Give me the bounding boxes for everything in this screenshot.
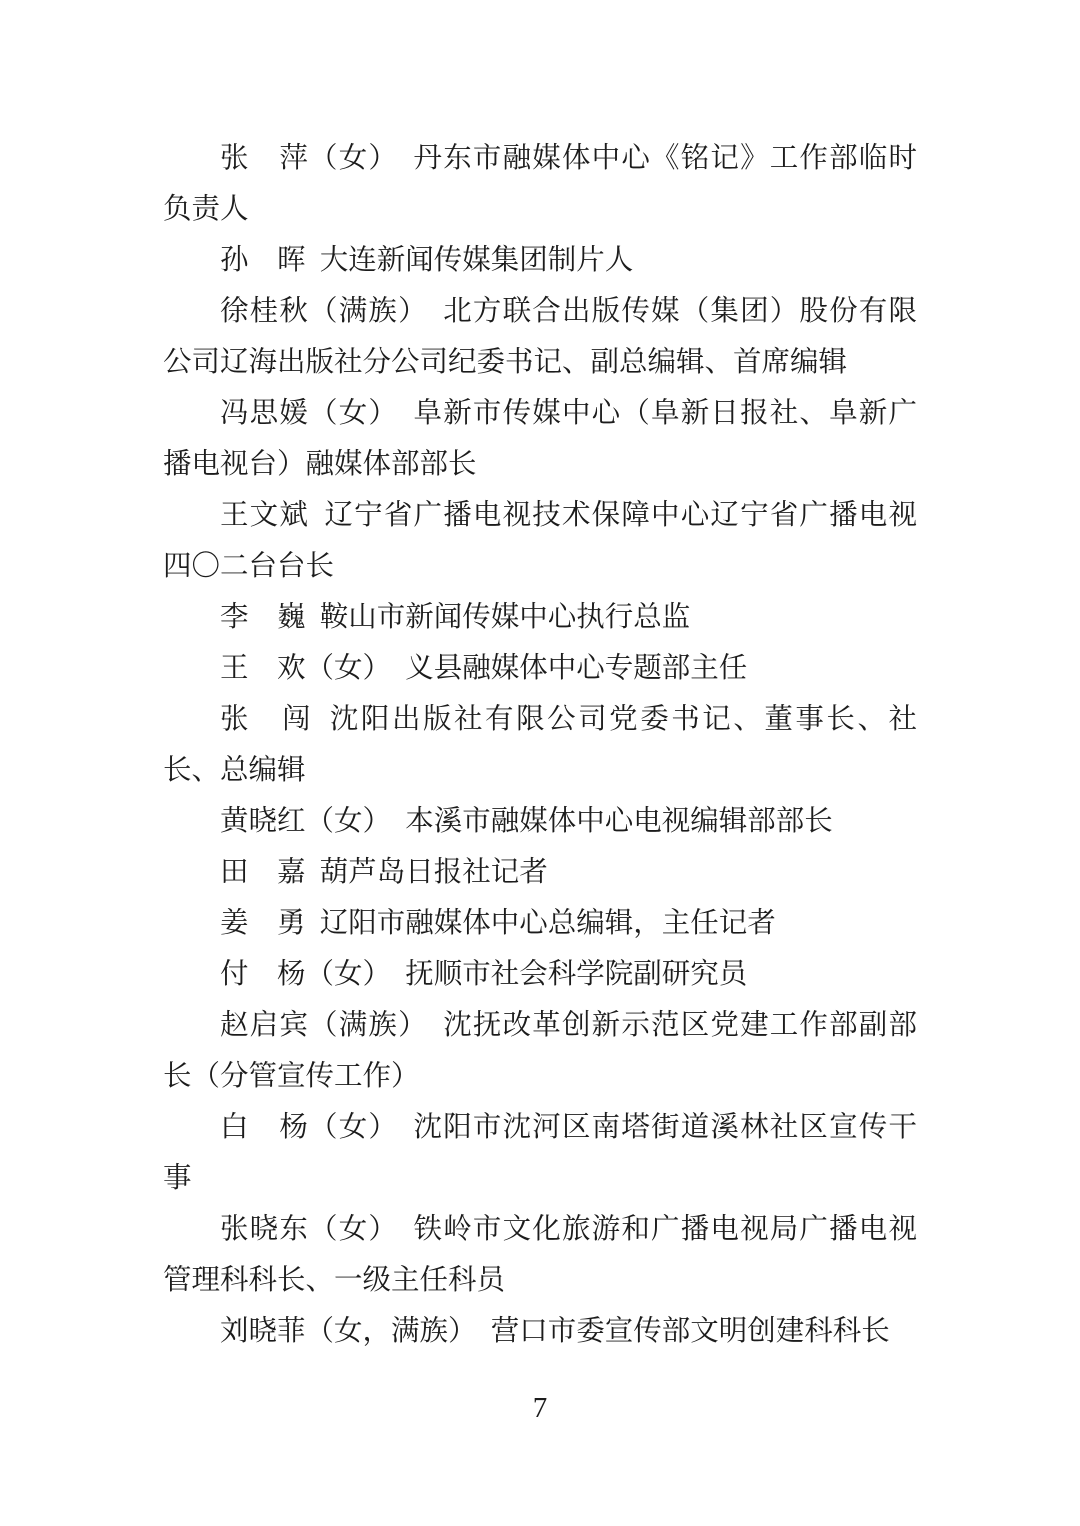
person-entry: 王文斌 辽宁省广播电视技术保障中心辽宁省广播电视四〇二台台长	[163, 490, 917, 592]
person-entry: 张晓东（女） 铁岭市文化旅游和广播电视局广播电视管理科科长、一级主任科员	[163, 1204, 917, 1306]
text-line: 冯思媛（女） 阜新市传媒中心（阜新日报社、阜新广	[163, 388, 917, 439]
text-line: 负责人	[163, 184, 917, 235]
text-line: 姜 勇 辽阳市融媒体中心总编辑，主任记者	[163, 898, 917, 949]
person-entry: 田 嘉 葫芦岛日报社记者	[163, 847, 917, 898]
text-line: 徐桂秋（满族） 北方联合出版传媒（集团）股份有限	[163, 286, 917, 337]
page-content: 张 萍（女） 丹东市融媒体中心《铭记》工作部临时负责人孙 晖 大连新闻传媒集团制…	[163, 133, 917, 1357]
person-entry: 黄晓红（女） 本溪市融媒体中心电视编辑部部长	[163, 796, 917, 847]
person-entry: 冯思媛（女） 阜新市传媒中心（阜新日报社、阜新广播电视台）融媒体部部长	[163, 388, 917, 490]
text-line: 播电视台）融媒体部部长	[163, 439, 917, 490]
person-entry: 白 杨（女） 沈阳市沈河区南塔街道溪林社区宣传干事	[163, 1102, 917, 1204]
text-line: 刘晓菲（女，满族） 营口市委宣传部文明创建科科长	[163, 1306, 917, 1357]
text-line: 孙 晖 大连新闻传媒集团制片人	[163, 235, 917, 286]
person-entry: 张 闯 沈阳出版社有限公司党委书记、董事长、社长、总编辑	[163, 694, 917, 796]
text-line: 张晓东（女） 铁岭市文化旅游和广播电视局广播电视	[163, 1204, 917, 1255]
document-page: 张 萍（女） 丹东市融媒体中心《铭记》工作部临时负责人孙 晖 大连新闻传媒集团制…	[0, 0, 1080, 1526]
page-number: 7	[0, 1392, 1080, 1424]
text-line: 长（分管宣传工作）	[163, 1051, 917, 1102]
text-line: 公司辽海出版社分公司纪委书记、副总编辑、首席编辑	[163, 337, 917, 388]
text-line: 李 巍 鞍山市新闻传媒中心执行总监	[163, 592, 917, 643]
text-line: 田 嘉 葫芦岛日报社记者	[163, 847, 917, 898]
text-line: 黄晓红（女） 本溪市融媒体中心电视编辑部部长	[163, 796, 917, 847]
person-entry: 刘晓菲（女，满族） 营口市委宣传部文明创建科科长	[163, 1306, 917, 1357]
text-line: 付 杨（女） 抚顺市社会科学院副研究员	[163, 949, 917, 1000]
text-line: 王文斌 辽宁省广播电视技术保障中心辽宁省广播电视	[163, 490, 917, 541]
person-entry: 付 杨（女） 抚顺市社会科学院副研究员	[163, 949, 917, 1000]
person-entry: 赵启宾（满族） 沈抚改革创新示范区党建工作部副部长（分管宣传工作）	[163, 1000, 917, 1102]
text-line: 张 萍（女） 丹东市融媒体中心《铭记》工作部临时	[163, 133, 917, 184]
text-line: 张 闯 沈阳出版社有限公司党委书记、董事长、社	[163, 694, 917, 745]
text-line: 王 欢（女） 义县融媒体中心专题部主任	[163, 643, 917, 694]
text-line: 管理科科长、一级主任科员	[163, 1255, 917, 1306]
text-line: 白 杨（女） 沈阳市沈河区南塔街道溪林社区宣传干	[163, 1102, 917, 1153]
person-entry: 张 萍（女） 丹东市融媒体中心《铭记》工作部临时负责人	[163, 133, 917, 235]
text-line: 四〇二台台长	[163, 541, 917, 592]
person-entry: 王 欢（女） 义县融媒体中心专题部主任	[163, 643, 917, 694]
person-entry: 李 巍 鞍山市新闻传媒中心执行总监	[163, 592, 917, 643]
text-line: 赵启宾（满族） 沈抚改革创新示范区党建工作部副部	[163, 1000, 917, 1051]
text-line: 事	[163, 1153, 917, 1204]
person-entry: 孙 晖 大连新闻传媒集团制片人	[163, 235, 917, 286]
person-entry: 徐桂秋（满族） 北方联合出版传媒（集团）股份有限公司辽海出版社分公司纪委书记、副…	[163, 286, 917, 388]
person-entry: 姜 勇 辽阳市融媒体中心总编辑，主任记者	[163, 898, 917, 949]
text-line: 长、总编辑	[163, 745, 917, 796]
